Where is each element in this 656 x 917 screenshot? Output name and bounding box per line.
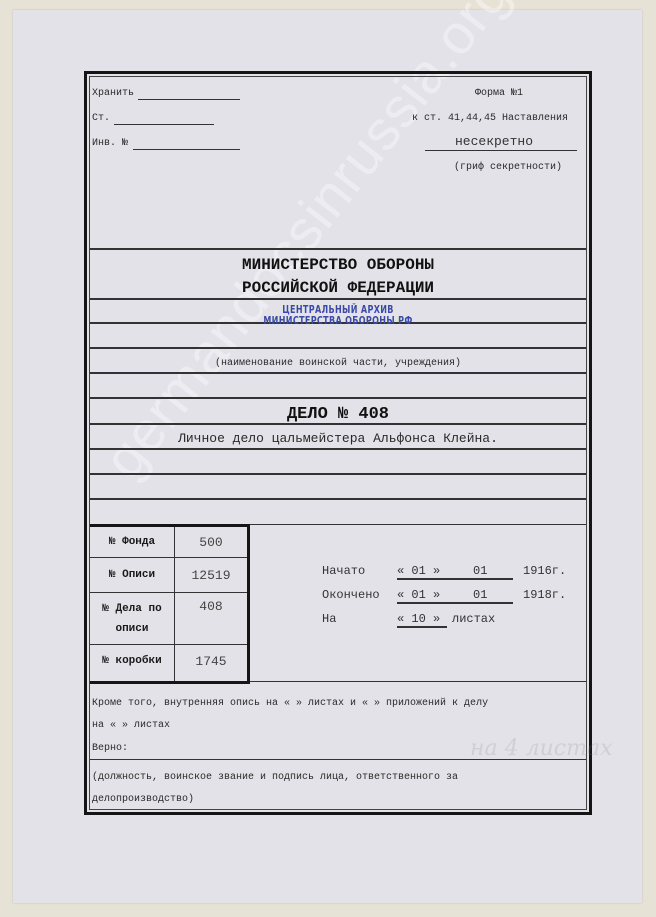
sheets-count: « 10 » xyxy=(397,612,440,626)
box-label: № коробки xyxy=(90,645,174,678)
ended-day: « 01 » xyxy=(397,588,440,602)
sheets-count-line xyxy=(397,626,447,628)
started-month: 01 xyxy=(473,564,487,578)
ministry-line1: МИНИСТЕРСТВО ОБОРОНЫ xyxy=(90,256,586,274)
responsible-line2: делопроизводство) xyxy=(92,794,194,805)
rule xyxy=(90,397,586,399)
box-value: 1745 xyxy=(174,645,247,681)
table-row: № Фонда 500 xyxy=(90,527,247,558)
sheets-label: На xyxy=(322,612,336,626)
table-row: № Дела по описи 408 xyxy=(90,593,247,645)
ended-month: 01 xyxy=(473,588,487,602)
secrecy-line xyxy=(425,150,577,151)
inventory-note-line1: Кроме того, внутренняя опись на « » лист… xyxy=(92,698,488,709)
archive-reference-table: № Фонда 500 № Описи 12519 № Дела по опис… xyxy=(90,524,250,684)
started-label: Начато xyxy=(322,564,365,578)
certified-label: Верно: xyxy=(92,743,128,754)
fond-value: 500 xyxy=(174,527,247,558)
rule xyxy=(90,372,586,374)
responsible-line1: (должность, воинское звание и подпись ли… xyxy=(92,772,458,783)
case-title: ДЕЛО № 408 xyxy=(90,405,586,424)
case-number-label: № Дела по описи xyxy=(90,599,174,639)
article-field-line xyxy=(114,124,214,125)
inventory-label: Инв. № xyxy=(92,138,128,149)
case-number-value: 408 xyxy=(174,593,247,644)
ended-year: 1918г. xyxy=(523,588,566,602)
institution-caption: (наименование воинской части, учреждения… xyxy=(90,358,586,369)
stamp-line2: МИНИСТЕРСТВА ОБОРОНЫ РФ xyxy=(127,315,549,327)
rule xyxy=(90,498,586,500)
fond-label: № Фонда xyxy=(90,527,174,558)
keep-label: Хранить xyxy=(92,88,134,99)
rule xyxy=(90,347,586,349)
ministry-line2: РОССИЙСКОЙ ФЕДЕРАЦИИ xyxy=(90,279,586,297)
rule xyxy=(90,248,586,250)
form-reference: к ст. 41,44,45 Наставления xyxy=(412,113,568,124)
ended-label: Окончено xyxy=(322,588,380,602)
rule xyxy=(90,448,586,450)
keep-field-line xyxy=(138,99,240,100)
rule xyxy=(250,681,586,682)
rule xyxy=(90,298,586,300)
table-row: № коробки 1745 xyxy=(90,645,247,684)
rule xyxy=(90,759,586,760)
inventory-field-line xyxy=(133,149,240,150)
article-label: Ст. xyxy=(92,113,110,124)
opis-value: 12519 xyxy=(174,558,247,592)
archive-stamp: ЦЕНТРАЛЬНЫЙ АРХИВ МИНИСТЕРСТВА ОБОРОНЫ Р… xyxy=(90,304,586,327)
sheets-unit: листах xyxy=(452,612,495,626)
rule xyxy=(250,524,586,525)
started-year: 1916г. xyxy=(523,564,566,578)
inventory-note-line2: на « » листах xyxy=(92,720,170,731)
case-description: Личное дело цальмейстера Альфонса Клейна… xyxy=(90,431,586,446)
case-number-label-line2: описи xyxy=(90,619,174,639)
form-number: Форма №1 xyxy=(475,88,523,99)
faint-handwriting: на 4 листах xyxy=(470,736,612,761)
table-row: № Описи 12519 xyxy=(90,558,247,593)
ended-date-line xyxy=(397,602,513,604)
started-date-line xyxy=(397,578,513,580)
secrecy-value: несекретно xyxy=(455,134,533,149)
started-day: « 01 » xyxy=(397,564,440,578)
opis-label: № Описи xyxy=(90,558,174,593)
rule xyxy=(90,473,586,475)
case-number-label-line1: № Дела по xyxy=(90,599,174,619)
secrecy-caption: (гриф секретности) xyxy=(454,162,562,173)
